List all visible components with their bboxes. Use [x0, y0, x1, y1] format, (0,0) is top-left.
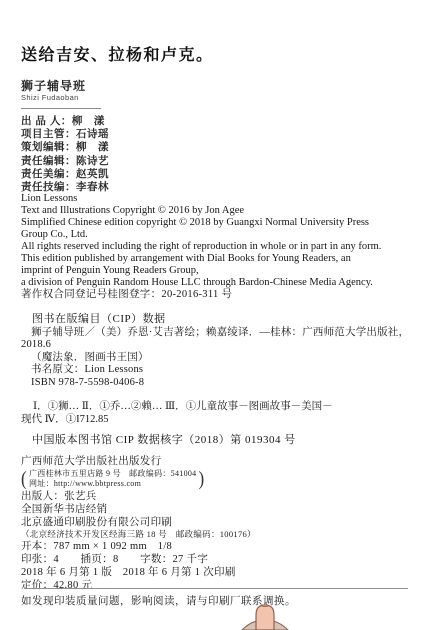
credit-label: 项目主管： [21, 128, 76, 140]
divider [24, 588, 408, 589]
colophon-block: 广西师范大学出版社出版发行 ( 广西桂林市五里店路 9 号 邮政编码：54100… [21, 455, 256, 592]
copyright-line: imprint of Penguin Young Readers Group, [21, 265, 381, 277]
credit-row: 责任编辑：陈诗艺 [21, 155, 109, 168]
cip-classification: Ⅰ．①狮… Ⅱ．①乔…②赖… Ⅲ．①儿童故事－图画故事－美国－ 现代 Ⅳ．①I7… [21, 400, 333, 426]
publisher-person-line: 出版人：张艺兵 [21, 490, 256, 503]
cip-entry-year: 2018.6 [21, 339, 409, 351]
cip-entry-line: 狮子辅导班／（美）乔恩·艾吉著绘；赖嘉绫译．—桂林：广西师范大学出版社， [21, 327, 409, 339]
cip-series: （魔法象．图画书王国） [21, 352, 409, 364]
copyright-line: This edition published by arrangement wi… [21, 253, 381, 265]
publisher-line: 广西师范大学出版社出版发行 [21, 455, 256, 468]
credit-label: 责任技编： [21, 181, 76, 193]
credit-name: 陈诗艺 [76, 155, 109, 167]
dedication-text: 送给吉安、拉杨和卢克。 [21, 42, 214, 65]
distribution-line: 全国新华书店经销 [21, 503, 256, 516]
copyright-registration: 著作权合同登记号桂图登字：20-2016-311 号 [21, 289, 381, 301]
cip-entry-block: 狮子辅导班／（美）乔恩·艾吉著绘；赖嘉绫译．—桂林：广西师范大学出版社， 201… [21, 327, 409, 389]
credit-name: 李春林 [76, 181, 109, 193]
left-paren: ( [21, 469, 27, 489]
format-line: 开本：787 mm × 1 092 mm 1/8 [21, 540, 256, 553]
credit-label: 出 品 人： [21, 115, 72, 127]
credit-label: 策划编辑： [21, 141, 76, 153]
classification-line: Ⅰ．①狮… Ⅱ．①乔…②赖… Ⅲ．①儿童故事－图画故事－美国－ [21, 400, 333, 413]
copyright-line: All rights reserved including the right … [21, 241, 381, 253]
copyright-line: Simplified Chinese edition copyright © 2… [21, 217, 381, 229]
cip-record: 中国版本图书馆 CIP 数据核字（2018）第 019304 号 [32, 431, 296, 447]
printer-address: （北京经济技术开发区经海三路 18 号 邮政编码：100176） [21, 529, 256, 540]
copyright-line: a division of Penguin Random House LLC t… [21, 277, 381, 289]
character-head-svg [236, 603, 294, 630]
credit-name: 柳 漾 [72, 115, 105, 127]
classification-line: 现代 Ⅳ．①I712.85 [21, 413, 333, 426]
price-line: 定价：42.80 元 [21, 579, 256, 592]
book-title-pinyin: Shizi Fudaoban [21, 93, 79, 102]
credit-name: 柳 漾 [76, 141, 109, 153]
copyright-line: Text and Illustrations Copyright © 2016 … [21, 205, 381, 217]
cip-isbn: ISBN 978-7-5598-0406-8 [21, 377, 409, 389]
printer-line: 北京盛通印刷股份有限公司印刷 [21, 516, 256, 529]
credit-name: 赵英凯 [76, 168, 109, 180]
credit-row: 责任美编：赵英凯 [21, 168, 109, 181]
credit-name: 石诗瑶 [76, 128, 109, 140]
credits-list: 出 品 人：柳 漾 项目主管：石诗瑶 策划编辑：柳 漾 责任编辑：陈诗艺 责任美… [21, 115, 109, 194]
edition-line: 2018 年 6 月第 1 版 2018 年 6 月第 1 次印刷 [21, 566, 256, 579]
copyright-line: Group Co., Ltd. [21, 229, 381, 241]
credit-row: 出 品 人：柳 漾 [21, 115, 109, 128]
publisher-website: 网址：http://www.bbtpress.com [29, 479, 197, 489]
copyright-block: Lion Lessons Text and Illustrations Copy… [21, 193, 381, 301]
publisher-address: 广西桂林市五里店路 9 号 邮政编码：541004 [29, 469, 197, 479]
cip-header: 图书在版编目（CIP）数据 [32, 310, 166, 326]
sheets-line: 印张：4 插页：8 字数：27 千字 [21, 553, 256, 566]
right-paren: ) [198, 469, 204, 489]
cip-original-title: 书名原文：Lion Lessons [21, 364, 409, 376]
publisher-address-group: ( 广西桂林市五里店路 9 号 邮政编码：541004 网址：http://ww… [21, 469, 256, 488]
credit-row: 项目主管：石诗瑶 [21, 128, 109, 141]
title-underline [21, 108, 101, 109]
credit-label: 责任编辑： [21, 155, 76, 167]
credit-row: 策划编辑：柳 漾 [21, 141, 109, 154]
copyright-line: Lion Lessons [21, 193, 381, 205]
credit-label: 责任美编： [21, 168, 76, 180]
character-head-illustration [236, 603, 294, 630]
book-title: 狮子辅导班 [21, 77, 86, 94]
